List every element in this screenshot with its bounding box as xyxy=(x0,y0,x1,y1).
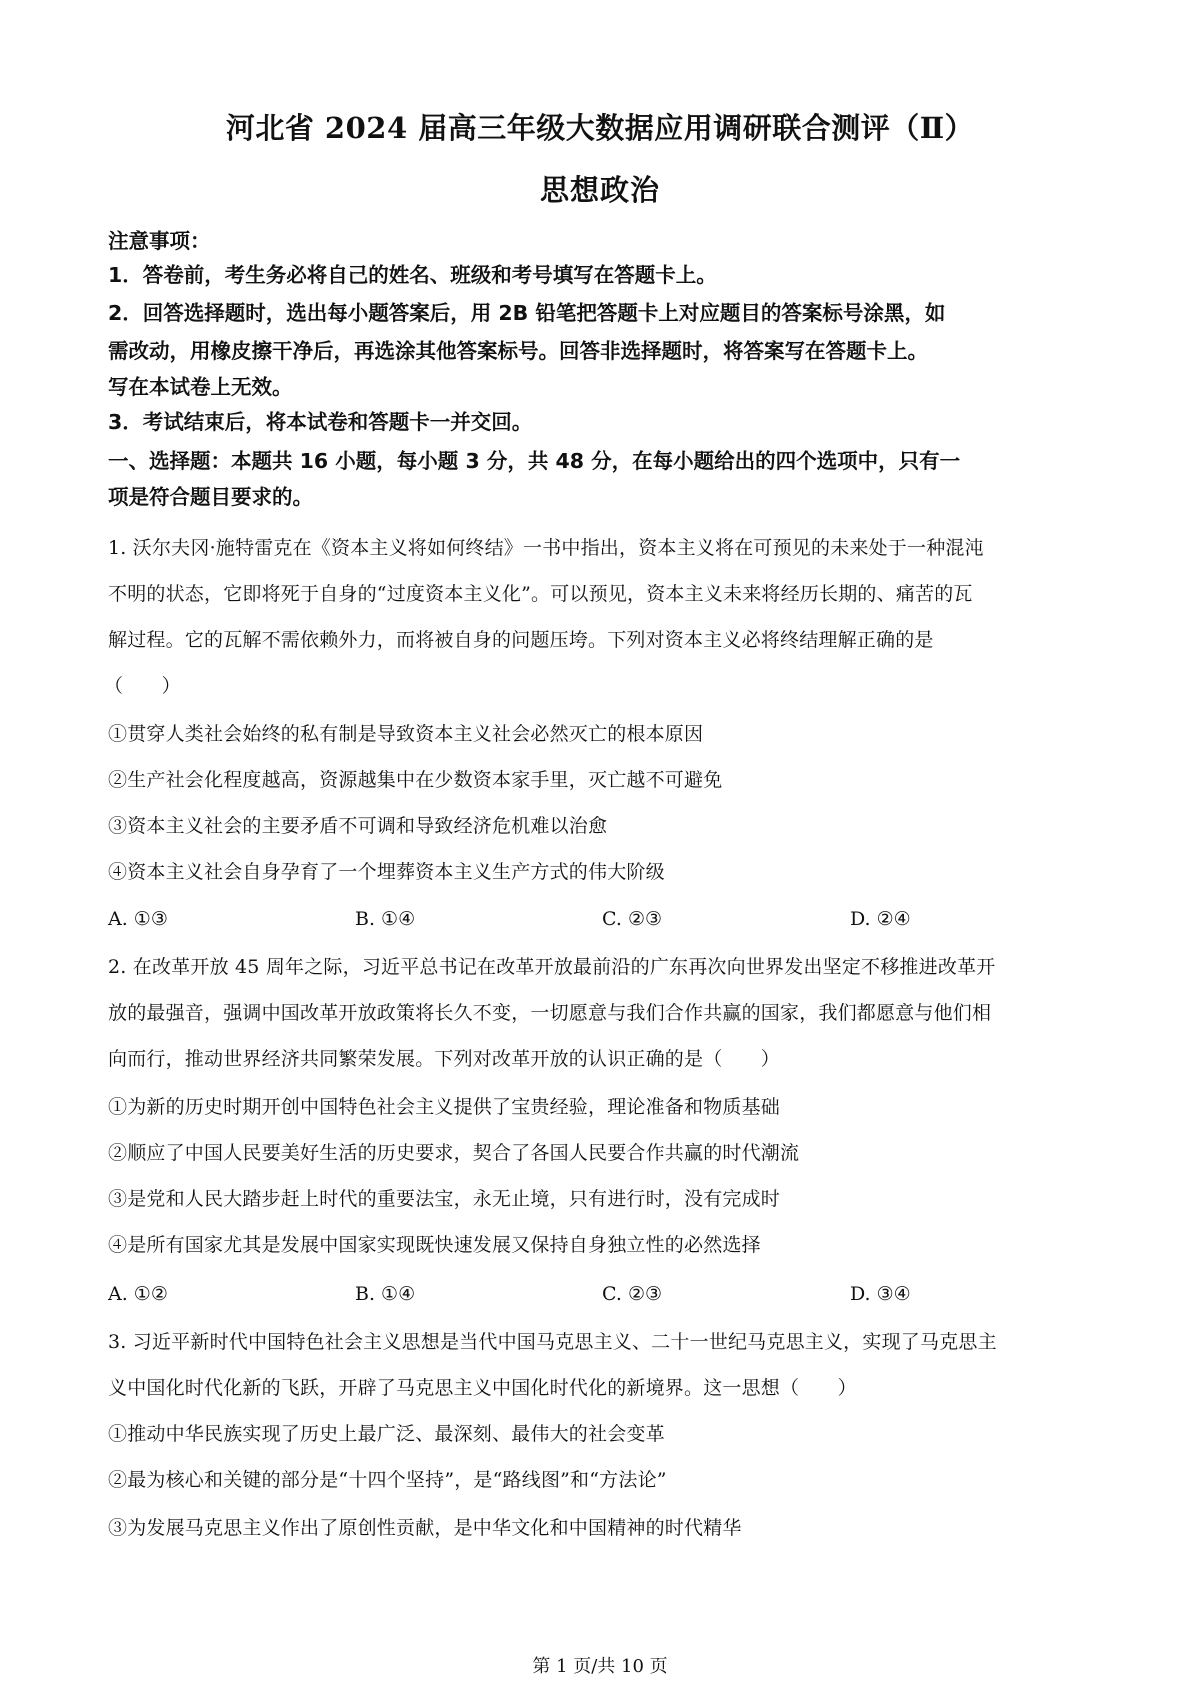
statement: ③为发展马克思主义作出了原创性贡献，是中华文化和中国精神的时代精华 xyxy=(108,1516,1098,1540)
notice-item: 3．考试结束后，将本试卷和答题卡一并交回。 xyxy=(108,405,1098,439)
statement: ①为新的历史时期开创中国特色社会主义提供了宝贵经验，理论准备和物质基础 xyxy=(108,1095,1098,1119)
statement: ③资本主义社会的主要矛盾不可调和导致经济危机难以治愈 xyxy=(108,814,1098,838)
question-stem-line: 向而行，推动世界经济共同繁荣发展。下列对改革开放的认识正确的是（ ） xyxy=(108,1047,1098,1071)
option-c: C. ②③ xyxy=(602,907,662,931)
section-heading: 一、选择题：本题共 16 小题，每小题 3 分，共 48 分，在每小题给出的四个… xyxy=(108,444,1098,478)
subject-title: 思想政治 xyxy=(0,168,1200,209)
notice-item: 需改动，用橡皮擦干净后，再选涂其他答案标号。回答非选择题时，将答案写在答题卡上。 xyxy=(108,334,1098,368)
statement: ④资本主义社会自身孕育了一个埋葬资本主义生产方式的伟大阶级 xyxy=(108,860,1098,884)
question-stem-line: 1. 沃尔夫冈·施特雷克在《资本主义将如何终结》一书中指出，资本主义将在可预见的… xyxy=(108,536,1098,560)
statement: ③是党和人民大踏步赶上时代的重要法宝，永无止境，只有进行时，没有完成时 xyxy=(108,1187,1098,1211)
statement: ④是所有国家尤其是发展中国家实现既快速发展又保持自身独立性的必然选择 xyxy=(108,1233,1098,1257)
option-c: C. ②③ xyxy=(602,1282,662,1306)
section-heading: 项是符合题目要求的。 xyxy=(108,480,1098,514)
question-stem-line: 解过程。它的瓦解不需依赖外力，而将被自身的问题压垮。下列对资本主义必将终结理解正… xyxy=(108,628,1098,652)
statement: ②生产社会化程度越高，资源越集中在少数资本家手里，灭亡越不可避免 xyxy=(108,768,1098,792)
statement: ①贯穿人类社会始终的私有制是导致资本主义社会必然灭亡的根本原因 xyxy=(108,722,1098,746)
notice-item: 1．答卷前，考生务必将自己的姓名、班级和考号填写在答题卡上。 xyxy=(108,258,1098,292)
question-stem-line: 放的最强音，强调中国改革开放政策将长久不变，一切愿意与我们合作共赢的国家，我们都… xyxy=(108,1001,1098,1025)
question-stem-line: 义中国化时代化新的飞跃，开辟了马克思主义中国化时代化的新境界。这一思想（ ） xyxy=(108,1376,1098,1400)
option-d: D. ②④ xyxy=(850,907,911,931)
notice-heading: 注意事项： xyxy=(108,224,1098,258)
statement: ②顺应了中国人民要美好生活的历史要求，契合了各国人民要合作共赢的时代潮流 xyxy=(108,1141,1098,1165)
option-b: B. ①④ xyxy=(355,907,415,931)
question-stem-line: 2. 在改革开放 45 周年之际，习近平总书记在改革开放最前沿的广东再次向世界发… xyxy=(108,955,1098,979)
exam-title: 河北省 2024 届高三年级大数据应用调研联合测评（Ⅱ） xyxy=(0,106,1200,147)
notice-item: 写在本试卷上无效。 xyxy=(108,370,1098,404)
statement: ①推动中华民族实现了历史上最广泛、最深刻、最伟大的社会变革 xyxy=(108,1422,1098,1446)
option-a: A. ①③ xyxy=(108,907,168,931)
notice-item: 2．回答选择题时，选出每小题答案后，用 2B 铅笔把答题卡上对应题目的答案标号涂… xyxy=(108,296,1098,330)
page-number: 第 1 页/共 10 页 xyxy=(0,1652,1200,1678)
option-a: A. ①② xyxy=(108,1282,168,1306)
question-stem-line: 3. 习近平新时代中国特色社会主义思想是当代中国马克思主义、二十一世纪马克思主义… xyxy=(108,1330,1098,1354)
option-d: D. ③④ xyxy=(850,1282,911,1306)
question-stem-line: 不明的状态，它即将死于自身的“过度资本主义化”。可以预见，资本主义未来将经历长期… xyxy=(108,582,1098,606)
statement: ②最为核心和关键的部分是“十四个坚持”，是“路线图”和“方法论” xyxy=(108,1468,1098,1492)
answer-blank: （ ） xyxy=(104,674,1094,698)
option-b: B. ①④ xyxy=(355,1282,415,1306)
exam-page: 河北省 2024 届高三年级大数据应用调研联合测评（Ⅱ） 思想政治 注意事项： … xyxy=(0,0,1200,1698)
